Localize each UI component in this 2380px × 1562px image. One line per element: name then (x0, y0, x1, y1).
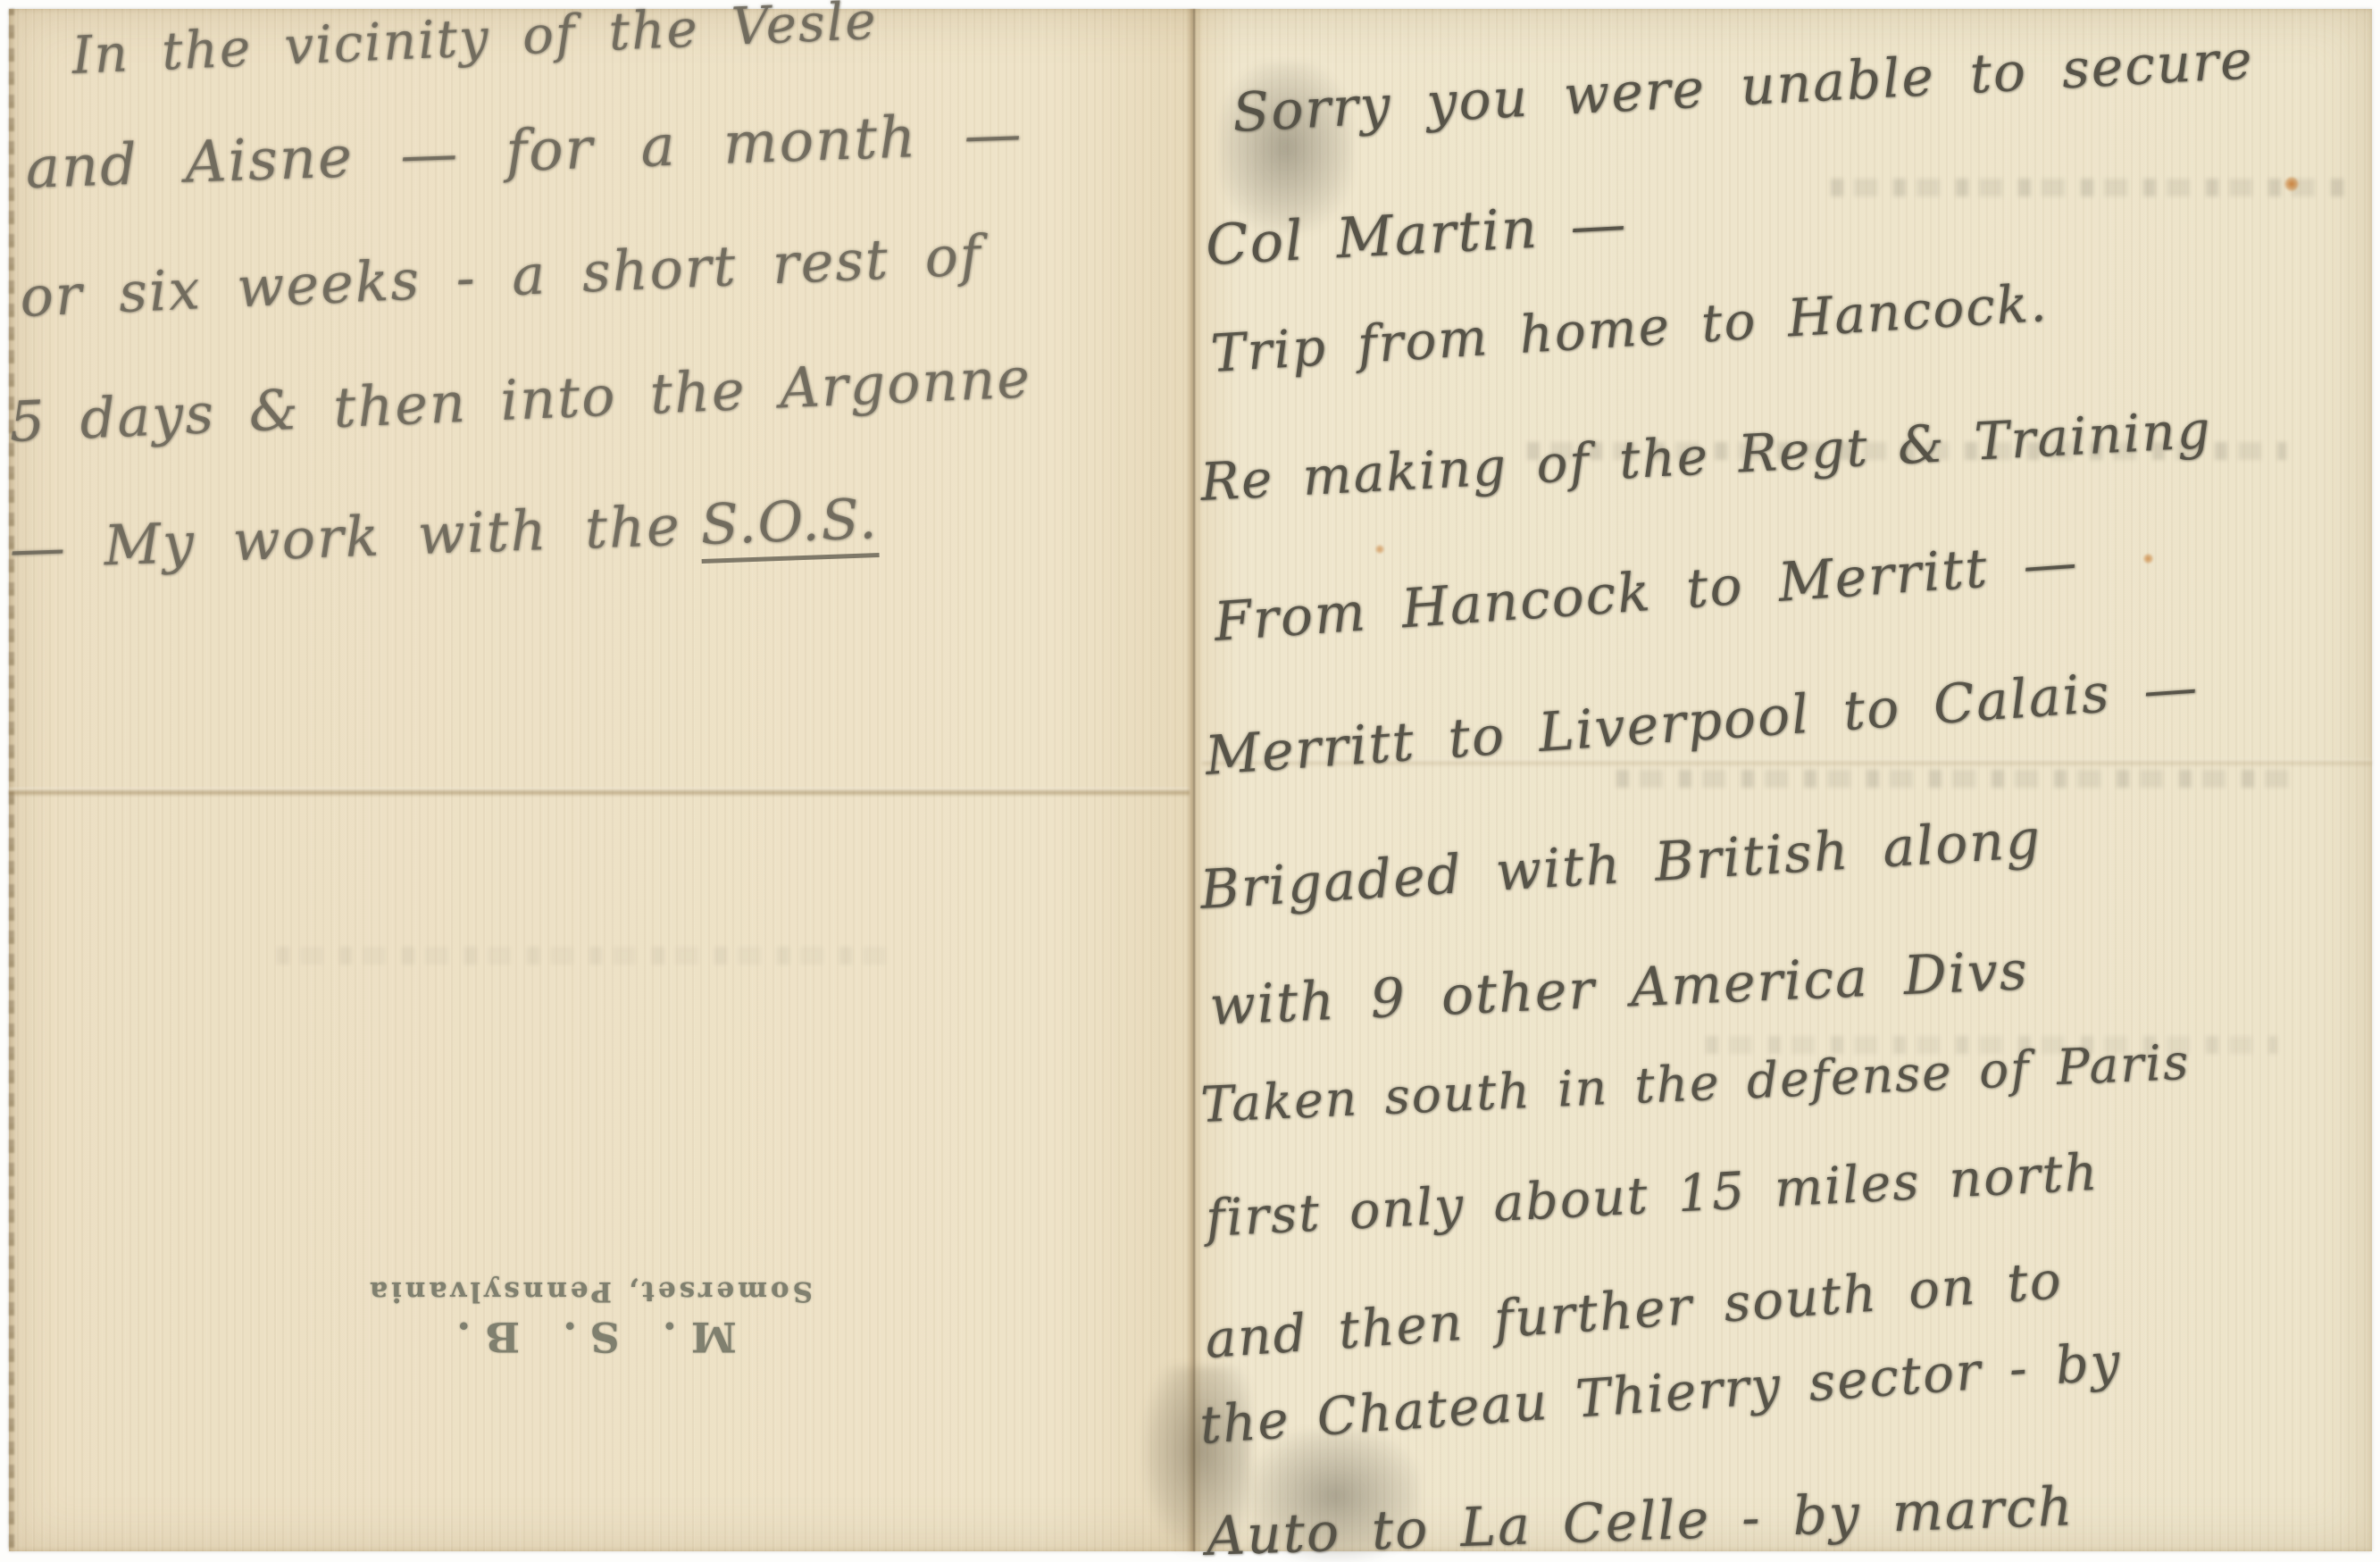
foxing-spot (2143, 554, 2153, 564)
foxing-spot (2284, 177, 2299, 191)
sos-underlined: S.O.S. (699, 486, 880, 564)
bleed-through-text (1616, 770, 2295, 788)
bleed-through-text (277, 947, 902, 965)
bleed-through-text (1831, 179, 2349, 196)
letterhead-monogram: M. S. B. (268, 1313, 911, 1361)
vertical-fold-crease (1186, 9, 1202, 1551)
letterhead-location: Somerset, Pennsylvania (268, 1275, 911, 1307)
horizontal-fold-crease-left (9, 788, 1190, 797)
letterhead: M. S. B. Somerset, Pennsylvania (268, 1275, 911, 1361)
foxing-spot (1375, 545, 1384, 554)
torn-paper-edge (9, 9, 14, 1551)
